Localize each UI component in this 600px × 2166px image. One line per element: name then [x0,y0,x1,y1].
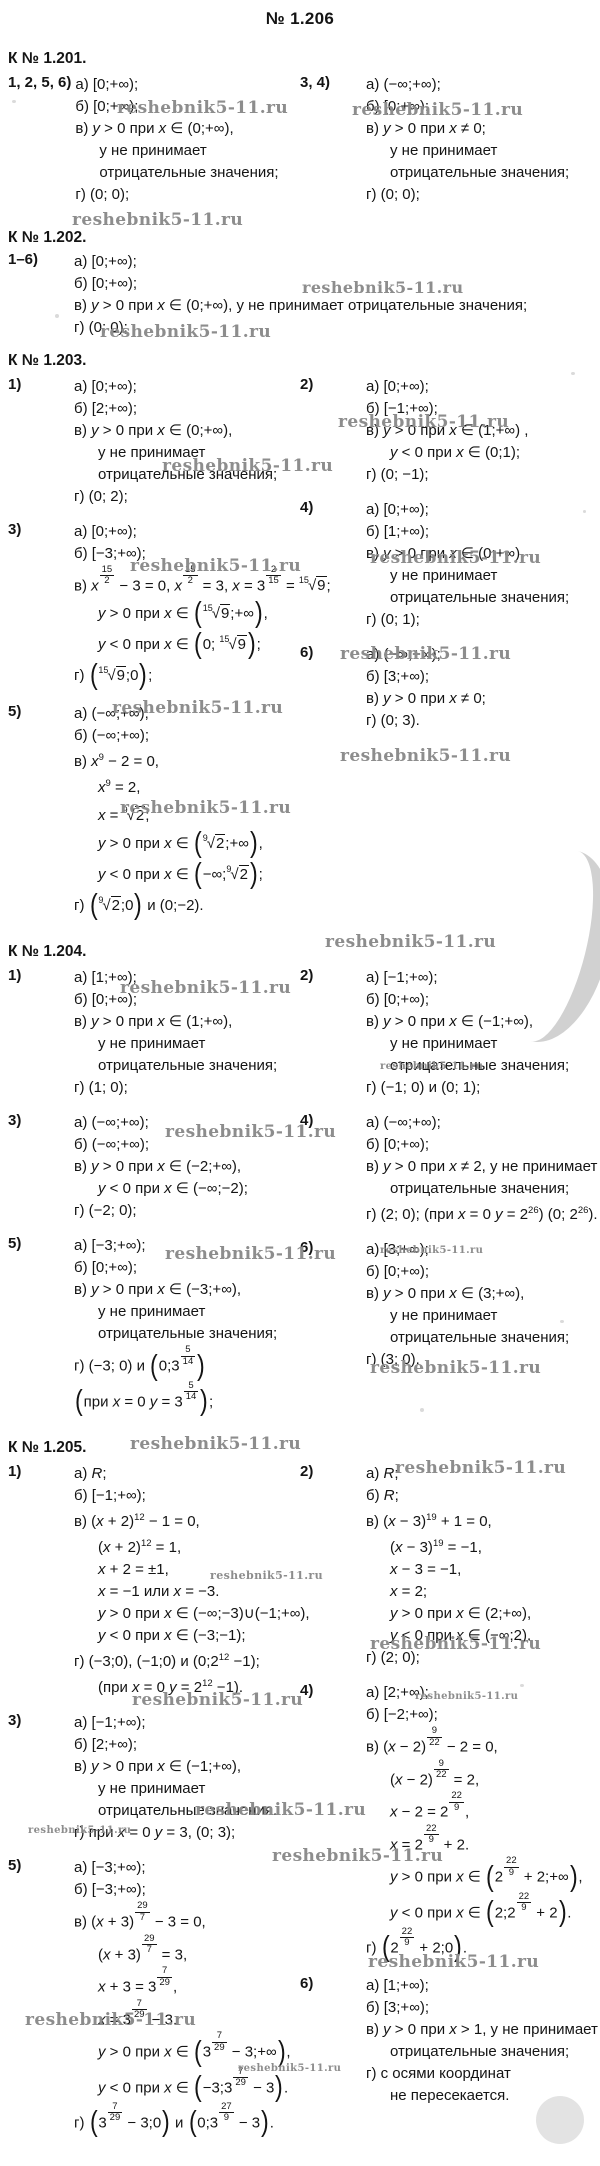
columns: 1, 2, 5, 6)а) [0;+∞);б) [0;+∞);в) y > 0 … [8,72,594,219]
solution-line: а) [−1;+∞); [74,1712,300,1734]
item-lines: а) (−∞;+∞);б) [0;+∞);в) y > 0 при x ≠ 0;… [366,74,594,206]
watermark-text: reshebnik5-11.ru [370,550,541,567]
solution-line: а) R; [74,1463,300,1485]
watermark-text: reshebnik5-11.ru [338,414,509,431]
watermark-text: reshebnik5-11.ru [302,280,464,296]
solution-line: б) [−3;+∞); [74,1879,300,1901]
solution-line: г) (1; 0); [74,1077,300,1099]
solution-line: б) [2;+∞); [74,398,300,420]
solution-line: г) (0; 2); [74,486,300,508]
watermark-text: reshebnik5-11.ru [238,2064,341,2074]
solution-item: 4)а) [2;+∞);б) [−2;+∞);в) (x − 2)922 − 2… [300,1682,594,1962]
solution-line: а) [0;+∞); [74,251,594,273]
section-heading: К № 1.201. [8,50,594,68]
solution-line: x9 = 2, [74,773,300,799]
watermark-text: reshebnik5-11.ru [72,212,243,229]
watermark-text: reshebnik5-11.ru [380,1246,483,1256]
solution-line: y > 0 при x ∈ (15√9;+∞), [74,597,300,628]
solution-line: в) (x − 3)19 + 1 = 0, [366,1507,594,1533]
item-number-label: 6) [300,1975,366,2107]
solution-line: в) y > 0 при x > 1, у не принимает [366,2019,594,2041]
solution-item: 3, 4)а) (−∞;+∞);б) [0;+∞);в) y > 0 при x… [300,74,594,206]
item-lines: а) [1;+∞);б) [3;+∞);в) y > 0 при x > 1, … [366,1975,594,2107]
solution-line: (при x = 0 y = 3514); [74,1381,300,1416]
solution-line: у не принимает [366,1033,594,1055]
solution-line: y < 0 при x ∈ (2;2229 + 2). [366,1892,594,1927]
watermark-text: reshebnik5-11.ru [132,1692,303,1709]
scan-speck [560,1320,564,1323]
solution-line: отрицательные значения; [74,1055,300,1077]
solution-section: К № 1.205.1)а) R;б) [−1;+∞);в) (x + 2)12… [8,1439,594,2150]
solution-line: г) (15√9;0); [74,659,300,690]
solution-line: г) (−2; 0); [74,1200,300,1222]
solution-line: а) [0;+∞); [75,74,300,96]
solution-line: отрицательные значения; [366,1327,594,1349]
solution-line: а) (−∞;+∞); [366,74,594,96]
item-number-label: 1, 2, 5, 6) [8,74,75,206]
solution-line: y < 0 при x ∈ (−3;−1); [74,1625,300,1647]
solution-line: x = −1 или x = −3. [74,1581,300,1603]
watermark-text: reshebnik5-11.ru [100,324,271,341]
solution-line: в) y > 0 при x ∈ (0;+∞), у не принимает … [74,295,594,317]
watermark-text: reshebnik5-11.ru [340,646,511,663]
solution-line: б) [−2;+∞); [366,1704,594,1726]
solution-line: y > 0 при x ∈ (−∞;−3)∪(−1;+∞), [74,1603,300,1625]
watermark-text: reshebnik5-11.ru [130,558,301,575]
item-lines: а) [0;+∞);б) [2;+∞);в) y > 0 при x ∈ (0;… [74,376,300,508]
solution-section: К № 1.203.1)а) [0;+∞);б) [2;+∞);в) y > 0… [8,352,594,933]
item-number-label: 1–6) [8,251,74,339]
solution-section: К № 1.202.1–6)а) [0;+∞);б) [0;+∞);в) y >… [8,229,594,339]
solution-line: в) x9 − 2 = 0, [74,747,300,773]
scan-speck [520,1684,524,1687]
solution-line: а) [1;+∞); [366,1975,594,1997]
watermark-text: reshebnik5-11.ru [415,1692,518,1702]
solution-line: г) (0; 1); [366,609,594,631]
solution-line: y > 0 при x ∈ (2;+∞), [366,1603,594,1625]
solution-line: (x − 3)19 = −1, [366,1533,594,1559]
solution-line: в) y > 0 при x ∈ (1;+∞), [74,1011,300,1033]
solution-line: отрицательные значения; [366,587,594,609]
solution-line: у не принимает [74,1033,300,1055]
solution-line: y > 0 при x ∈ (3729 − 3;+∞), [74,2031,300,2066]
solution-line: y < 0 при x ∈ (−∞;−2); [74,1178,300,1200]
watermark-text: reshebnik5-11.ru [120,980,291,997]
column-left: 1)а) [1;+∞);б) [0;+∞);в) y > 0 при x ∈ (… [8,965,300,1429]
item-number-label: 3) [8,1112,74,1222]
watermark-text: reshebnik5-11.ru [117,100,288,117]
solution-line: у не принимает [74,1301,300,1323]
item-lines: а) (−∞;+∞);б) [0;+∞);в) y > 0 при x ≠ 2,… [366,1112,594,1226]
watermark-text: reshebnik5-11.ru [162,458,333,475]
scan-speck [420,1408,424,1412]
solution-item: 6)а) [1;+∞);б) [3;+∞);в) y > 0 при x > 1… [300,1975,594,2107]
scan-circle-artifact [536,2096,584,2144]
solution-line: в) y > 0 при x ∈ (0;+∞), [75,118,300,140]
solution-line: у не принимает [74,1778,300,1800]
solution-line: г) (2; 0); (при x = 0 y = 226) (0; 226). [366,1200,594,1226]
item-number-label: 5) [8,703,74,920]
solution-line: отрицательные значения; [366,2041,594,2063]
solution-line: а) [0;+∞); [74,521,300,543]
solution-line: г) (3729 − 3;0) и (0;3279 − 3). [74,2102,300,2137]
solution-line: у не принимает [366,140,594,162]
solution-line: б) [2;+∞); [74,1734,300,1756]
watermark-text: reshebnik5-11.ru [352,102,523,119]
watermark-text: reshebnik5-11.ru [120,800,291,817]
solution-line: б) [0;+∞); [366,1134,594,1156]
solution-line: x = 2; [366,1581,594,1603]
solution-line: (x − 2)922 = 2, [366,1759,594,1791]
solution-line: б) (−∞;+∞); [74,725,300,747]
solution-line: x − 2 = 2229, [366,1791,594,1823]
item-lines: а) [−3;+∞);б) [−3;+∞);в) (x + 3)297 − 3 … [74,1857,300,2137]
solution-item: 1–6)а) [0;+∞);б) [0;+∞);в) y > 0 при x ∈… [8,251,594,339]
watermark-text: reshebnik5-11.ru [370,1360,541,1377]
solution-line: x + 3 = 3729, [74,1966,300,1998]
solution-line: в) (x + 2)12 − 1 = 0, [74,1507,300,1533]
item-number-label: 5) [8,1235,74,1416]
item-lines: а) [0;+∞);б) [−3;+∞);в) x152 − 3 = 0, x1… [74,521,300,690]
solution-line: в) y > 0 при x ≠ 2, у не принимает [366,1156,594,1178]
column-right: 2)а) R;б) R;в) (x − 3)19 + 1 = 0,(x − 3)… [300,1461,594,2120]
watermark-text: reshebnik5-11.ru [370,1636,541,1653]
item-number-label: 3, 4) [300,74,366,206]
watermark-text: reshebnik5-11.ru [165,1124,336,1141]
section-heading: К № 1.203. [8,352,594,370]
column-full: 1–6)а) [0;+∞);б) [0;+∞);в) y > 0 при x ∈… [8,251,594,339]
watermark-text: reshebnik5-11.ru [340,748,511,765]
solution-item: 6)а) [3;+∞);б) [0;+∞);в) y > 0 при x ∈ (… [300,1239,594,1371]
solution-line: г) (0; 0); [366,184,594,206]
solution-line: у не принимает [75,140,300,162]
solution-line: б) [3;+∞); [366,1997,594,2019]
watermark-text: reshebnik5-11.ru [165,1246,336,1263]
solution-line: в) y > 0 при x ∈ (3;+∞), [366,1283,594,1305]
item-number-label: 2) [300,967,366,1099]
solution-item: 5)а) [−3;+∞);б) [−3;+∞);в) (x + 3)297 − … [8,1857,300,2137]
solution-line: отрицательные значения; [74,1323,300,1345]
solution-section: К № 1.201.1, 2, 5, 6)а) [0;+∞);б) [0;+∞)… [8,50,594,219]
watermark-text: reshebnik5-11.ru [130,1436,301,1453]
solution-line: б) [−1;+∞); [74,1485,300,1507]
watermark-text: reshebnik5-11.ru [272,1848,443,1865]
solution-line: y > 0 при x ∈ (9√2;+∞), [74,827,300,858]
solution-line: а) [0;+∞); [366,376,594,398]
solution-line: а) [0;+∞); [366,499,594,521]
solution-item: 1)а) [0;+∞);б) [2;+∞);в) y > 0 при x ∈ (… [8,376,300,508]
solution-line: y < 0 при x ∈ (0; 15√9); [74,628,300,659]
solution-line: г) (0; 3). [366,710,594,732]
solution-line: в) y > 0 при x ∈ (−2;+∞), [74,1156,300,1178]
solution-line: г) (0; −1); [366,464,594,486]
scan-speck [583,510,586,513]
solution-line: б) [1;+∞); [366,521,594,543]
column-left: 1, 2, 5, 6)а) [0;+∞);б) [0;+∞);в) y > 0 … [8,72,300,219]
item-number-label: 4) [300,499,366,631]
watermark-text: reshebnik5-11.ru [325,934,496,951]
watermark-text: reshebnik5-11.ru [368,1954,539,1971]
solution-line: г) (9√2;0) и (0;−2). [74,889,300,920]
item-number-label: 5) [8,1857,74,2137]
solution-line: б) [0;+∞); [366,1261,594,1283]
solution-line: y < 0 при x ∈ (−∞;9√2); [74,858,300,889]
solution-line: отрицательные значения; [366,162,594,184]
solution-line: в) (x + 3)297 − 3 = 0, [74,1901,300,1933]
solution-line: г) (−3;0), (−1;0) и (0;212 −1); [74,1647,300,1673]
solution-line: в) y > 0 при x ≠ 0; [366,688,594,710]
solution-line: г) (−1; 0) и (0; 1); [366,1077,594,1099]
solution-line: в) y > 0 при x ∈ (0;+∞), [74,420,300,442]
item-lines: а) [2;+∞);б) [−2;+∞);в) (x − 2)922 − 2 =… [366,1682,594,1962]
item-number-label: 2) [300,1463,366,1669]
solution-item: 1, 2, 5, 6)а) [0;+∞);б) [0;+∞);в) y > 0 … [8,74,300,206]
scan-speck [12,100,16,103]
solution-line: в) y > 0 при x ≠ 0; [366,118,594,140]
item-number-label: 1) [8,376,74,508]
item-lines: а) [3;+∞);б) [0;+∞);в) y > 0 при x ∈ (3;… [366,1239,594,1371]
section-heading: К № 1.202. [8,229,594,247]
solution-line: г) (0; 0); [75,184,300,206]
solution-line: г) (−3; 0) и (0;3514) [74,1345,300,1380]
solution-line: в) y > 0 при x ∈ (−1;+∞), [74,1756,300,1778]
solution-line: отрицательные значения; [366,1178,594,1200]
solution-line: а) (−∞;+∞); [366,1112,594,1134]
solution-line: у не принимает [366,565,594,587]
item-lines: а) [0;+∞);б) [0;+∞);в) y > 0 при x ∈ (0;… [75,74,300,206]
columns: 1–6)а) [0;+∞);б) [0;+∞);в) y > 0 при x ∈… [8,251,594,339]
solution-line: а) [−3;+∞); [74,1857,300,1879]
solution-line: г) с осями координат [366,2063,594,2085]
watermark-text: reshebnik5-11.ru [28,1826,131,1836]
scan-speck [55,314,59,318]
solution-line: в) (x − 2)922 − 2 = 0, [366,1726,594,1758]
scanned-solutions-page: № 1.206 К № 1.201.1, 2, 5, 6)а) [0;+∞);б… [0,0,600,2166]
solution-line: (x + 2)12 = 1, [74,1533,300,1559]
solution-item: 3)а) [0;+∞);б) [−3;+∞);в) x152 − 3 = 0, … [8,521,300,690]
item-number-label: 1) [8,1463,74,1699]
solution-line: в) y > 0 при x ∈ (−3;+∞), [74,1279,300,1301]
watermark-text: reshebnik5-11.ru [195,1802,366,1819]
scan-speck [571,372,575,375]
page-title: № 1.206 [0,0,600,29]
solution-line: б) [3;+∞); [366,666,594,688]
solution-line: y < 0 при x ∈ (0;1); [366,442,594,464]
solution-item: 4)а) (−∞;+∞);б) [0;+∞);в) y > 0 при x ≠ … [300,1112,594,1226]
watermark-text: reshebnik5-11.ru [380,1062,483,1072]
watermark-text: reshebnik5-11.ru [112,700,283,717]
item-number-label: 4) [300,1682,366,1962]
solution-line: а) [0;+∞); [74,376,300,398]
watermark-text: reshebnik5-11.ru [210,1570,323,1581]
watermark-text: reshebnik5-11.ru [25,2012,196,2029]
solution-line: (x + 3)297 = 3, [74,1934,300,1966]
solution-line: отрицательные значения; [75,162,300,184]
solution-line: у не принимает [366,1305,594,1327]
item-number-label: 3) [8,521,74,690]
item-number-label: 1) [8,967,74,1099]
watermark-text: reshebnik5-11.ru [395,1460,566,1477]
solution-line: б) R; [366,1485,594,1507]
column-right: 3, 4)а) (−∞;+∞);б) [0;+∞);в) y > 0 при x… [300,72,594,219]
solution-line: x − 3 = −1, [366,1559,594,1581]
